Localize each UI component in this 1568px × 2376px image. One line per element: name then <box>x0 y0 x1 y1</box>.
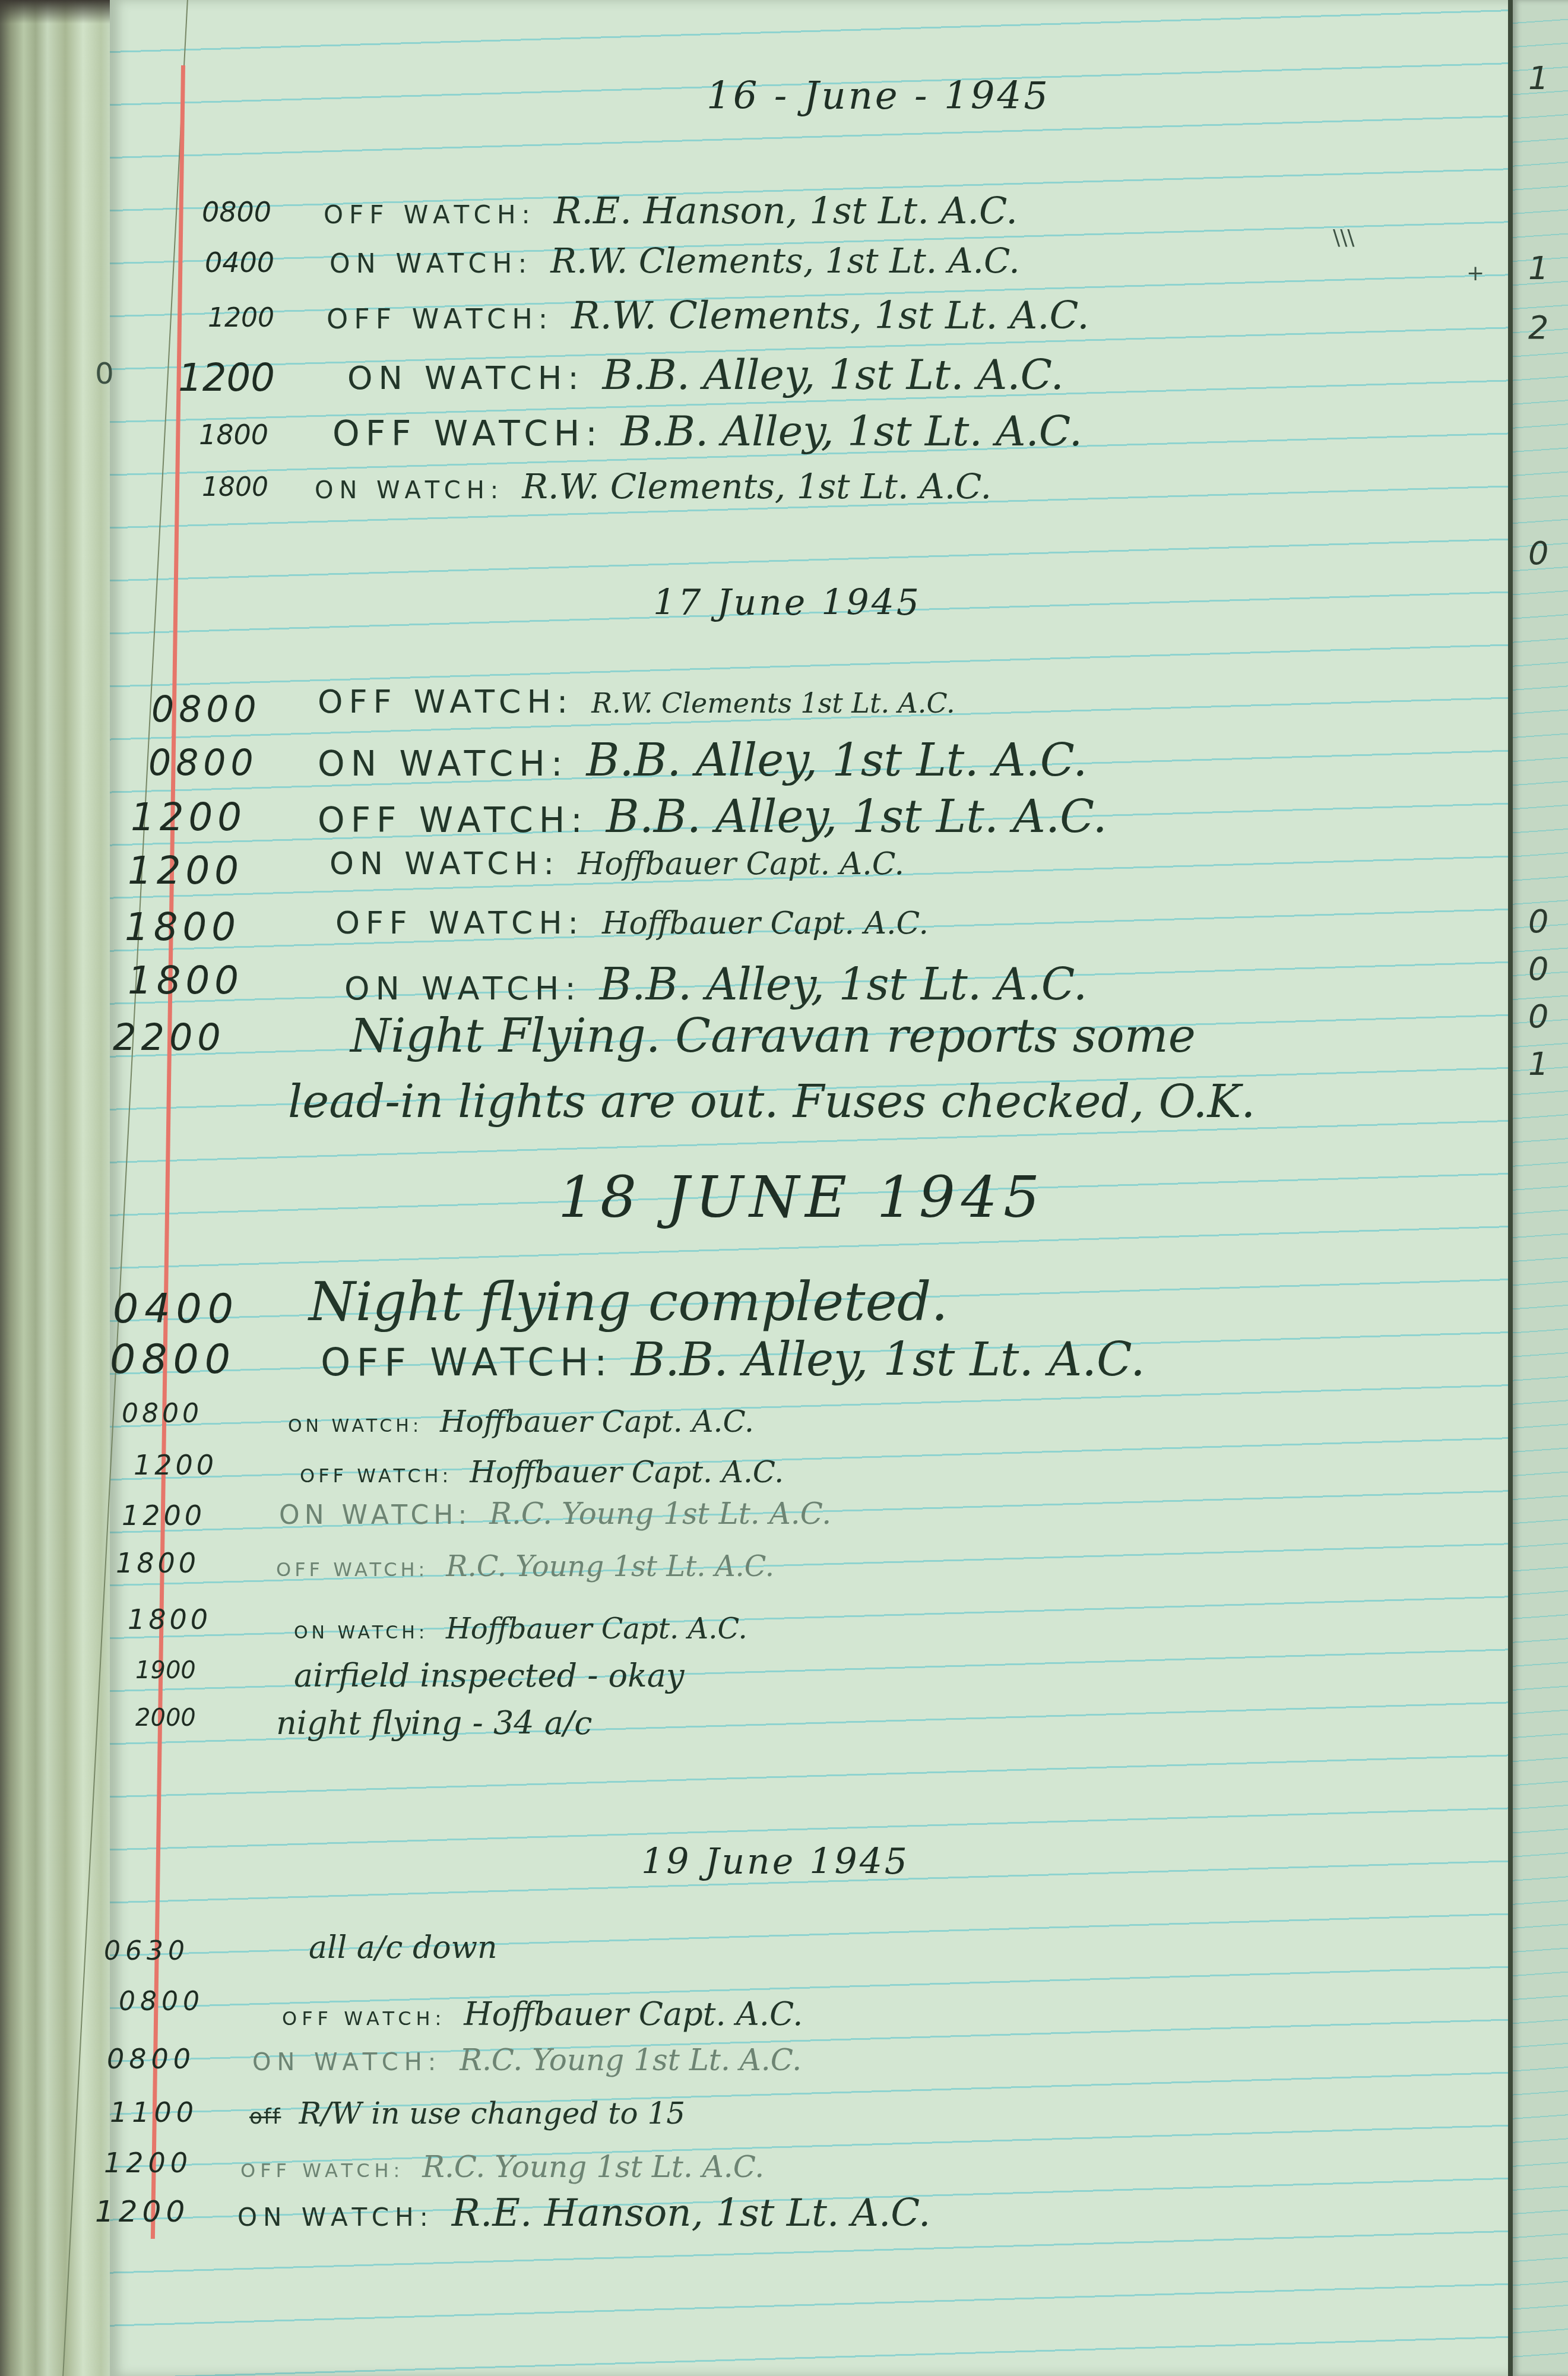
date-heading-19-june: 19 June 1945 <box>641 1841 910 1883</box>
date-heading-17-june: 17 June 1945 <box>653 582 921 624</box>
entry-label: ON WATCH: <box>330 249 533 279</box>
date-heading-16-june: 16 - June - 1945 <box>707 74 1050 118</box>
entry-time: 2000 <box>135 1704 196 1732</box>
date-heading-18-june: 18 JUNE 1945 <box>558 1164 1046 1230</box>
entry-time: 0400 <box>205 246 274 279</box>
entry-time: 1100 <box>110 2096 198 2128</box>
entry-time: 0630 <box>104 1936 189 1966</box>
log-entry: OFF WATCH: R.C. Young 1st Lt. A.C. <box>240 2150 764 2184</box>
entry-label: OFF WATCH: <box>276 1558 428 1581</box>
top-right-mark: + <box>1466 261 1484 286</box>
log-entry: ON WATCH: R.C. Young 1st Lt. A.C. <box>279 1497 831 1531</box>
entry-time: 1200 <box>208 303 274 333</box>
entry-note: Night Flying. Caravan reports some <box>350 1010 1196 1063</box>
log-entry: ON WATCH: Hoffbauer Capt. A.C. <box>330 846 904 882</box>
entry-note: all a/c down <box>309 1930 498 1966</box>
entry-label: OFF WATCH: <box>282 2007 446 2030</box>
entry-time: 0800 <box>107 2043 195 2075</box>
adjacent-page-fragment: 1 <box>1528 59 1548 97</box>
binding-shadow <box>0 0 110 24</box>
entry-signature: R.C. Young 1st Lt. A.C. <box>460 2043 802 2077</box>
log-entry: Night flying completed. <box>309 1271 948 1333</box>
entry-time: 1200 <box>128 849 243 893</box>
entry-label: off <box>249 2105 281 2129</box>
log-entry: ON WATCH: Hoffbauer Capt. A.C. <box>288 1404 754 1439</box>
log-entry: ON WATCH: B.B. Alley, 1st Lt. A.C. <box>318 733 1087 786</box>
adjacent-page-fragment: 1 <box>1528 249 1548 287</box>
entry-time: 1200 <box>122 1499 205 1532</box>
log-entry: OFF WATCH: R.E. Hanson, 1st Lt. A.C. <box>324 189 1018 232</box>
entry-signature: Hoffbauer Capt. A.C. <box>578 846 904 882</box>
entry-signature: R.E. Hanson, 1st Lt. A.C. <box>452 2191 931 2235</box>
log-entry: Night Flying. Caravan reports some <box>350 1010 1196 1063</box>
entry-time: 0800 <box>148 742 258 784</box>
entry-label: OFF WATCH: <box>240 2159 404 2182</box>
entry-label: ON WATCH: <box>318 744 569 784</box>
adjacent-page-fragment: 0 <box>1528 534 1548 572</box>
log-entry: ON WATCH: R.E. Hanson, 1st Lt. A.C. <box>237 2191 930 2235</box>
entry-label: ON WATCH: <box>279 1500 471 1530</box>
log-entry: ON WATCH: R.C. Young 1st Lt. A.C. <box>252 2043 802 2077</box>
log-entry: OFF WATCH: R.W. Clements, 1st Lt. A.C. <box>327 294 1089 338</box>
entry-label: OFF WATCH: <box>318 683 574 720</box>
entry-label: ON WATCH: <box>330 846 560 882</box>
adjacent-page-fragment: 0 <box>1528 998 1548 1035</box>
log-entry: ON WATCH: B.B. Alley, 1st Lt. A.C. <box>344 959 1087 1010</box>
entry-signature: B.B. Alley, 1st Lt. A.C. <box>587 733 1088 786</box>
entry-signature: Hoffbauer Capt. A.C. <box>470 1455 784 1489</box>
adjacent-page: 1 1 2 0 0 0 0 1 <box>1508 0 1568 2376</box>
entry-note: R/W in use changed to 15 <box>299 2096 685 2131</box>
entry-label: ON WATCH: <box>237 2203 434 2232</box>
entry-signature: Hoffbauer Capt. A.C. <box>602 906 929 941</box>
entry-time: 0800 <box>202 196 309 228</box>
entry-signature: R.E. Hanson, 1st Lt. A.C. <box>554 189 1018 232</box>
log-entry: OFF WATCH: B.B. Alley, 1st Lt. A.C. <box>318 790 1107 843</box>
entry-time: 1800 <box>202 472 268 502</box>
adjacent-page-fragment: 0 <box>1528 950 1548 988</box>
entry-time: 1800 <box>116 1547 199 1579</box>
adjacent-page-fragment: 1 <box>1528 1045 1548 1083</box>
entry-label: ON WATCH: <box>315 477 504 504</box>
top-right-mark: \\\ <box>1333 226 1354 250</box>
entry-signature: B.B. Alley, 1st Lt. A.C. <box>600 959 1088 1010</box>
entry-signature: B.B. Alley, 1st Lt. A.C. <box>606 790 1107 843</box>
entry-time: 1800 <box>199 419 268 451</box>
entry-signature: R.W. Clements, 1st Lt. A.C. <box>571 294 1089 338</box>
entry-label: ON WATCH: <box>344 970 582 1007</box>
entry-time: 0800 <box>119 1986 204 2017</box>
entry-label: ON WATCH: <box>252 2049 442 2076</box>
log-entry: OFF WATCH: Hoffbauer Capt. A.C. <box>335 906 929 941</box>
entry-note: night flying - 34 a/c <box>276 1704 593 1742</box>
entry-label: OFF WATCH: <box>335 906 584 941</box>
entry-label: OFF WATCH: <box>300 1464 452 1487</box>
log-entry: night flying - 34 a/c <box>276 1704 593 1742</box>
entry-label: ON WATCH: <box>288 1416 422 1437</box>
entry-time: 1200 <box>134 1449 217 1481</box>
entry-signature: R.C. Young 1st Lt. A.C. <box>422 2150 764 2184</box>
log-entry: OFF WATCH: R.W. Clements 1st Lt. A.C. <box>318 683 955 720</box>
entry-time: 1800 <box>128 959 243 1003</box>
log-entry: ON WATCH: B.B. Alley, 1st Lt. A.C. <box>347 350 1064 399</box>
entry-time: 1800 <box>125 906 240 950</box>
entry-time: 2200 <box>113 1015 226 1059</box>
log-entry-continuation: lead-in lights are out. Fuses checked, O… <box>288 1075 1255 1128</box>
entry-label: ON WATCH: <box>294 1622 428 1643</box>
entry-note: airfield inspected - okay <box>294 1657 685 1694</box>
entry-label: ON WATCH: <box>347 359 585 397</box>
log-entry: OFF WATCH: Hoffbauer Capt. A.C. <box>282 1995 803 2033</box>
log-entry: airfield inspected - okay <box>294 1657 685 1694</box>
entry-time: 1200 <box>131 796 246 840</box>
entry-signature: Hoffbauer Capt. A.C. <box>464 1995 803 2033</box>
entry-label: OFF WATCH: <box>318 800 588 840</box>
entry-signature: R.W. Clements, 1st Lt. A.C. <box>550 241 1020 281</box>
log-entry: OFF WATCH: Hoffbauer Capt. A.C. <box>300 1455 784 1489</box>
entry-time: 0800 <box>110 1336 236 1383</box>
entry-signature: B.B. Alley, 1st Lt. A.C. <box>603 350 1064 399</box>
left-margin-mark: 0 <box>95 356 114 391</box>
log-entry: ON WATCH: Hoffbauer Capt. A.C. <box>294 1612 747 1646</box>
entry-label: OFF WATCH: <box>324 200 536 229</box>
entry-time: 1200 <box>104 2147 192 2179</box>
entry-time: 0800 <box>122 1399 202 1429</box>
log-entry: ON WATCH: R.W. Clements, 1st Lt. A.C. <box>330 241 1020 281</box>
entry-signature: R.W. Clements, 1st Lt. A.C. <box>522 466 992 507</box>
log-entry: OFF WATCH: B.B. Alley, 1st Lt. A.C. <box>332 407 1082 455</box>
entry-time: 1900 <box>135 1657 196 1684</box>
entry-signature: Hoffbauer Capt. A.C. <box>440 1404 754 1439</box>
entry-signature: R.W. Clements 1st Lt. A.C. <box>591 687 955 719</box>
entry-label: OFF WATCH: <box>327 303 553 335</box>
entry-time: 1200 <box>178 356 275 400</box>
log-entry: off R/W in use changed to 15 <box>249 2096 685 2131</box>
entry-signature: B.B. Alley, 1st Lt. A.C. <box>621 407 1082 455</box>
log-entry: ON WATCH: R.W. Clements, 1st Lt. A.C. <box>315 466 992 507</box>
book-edge-pages <box>0 0 110 2376</box>
log-entry: OFF WATCH: B.B. Alley, 1st Lt. A.C. <box>321 1333 1145 1387</box>
entry-signature: Hoffbauer Capt. A.C. <box>446 1612 747 1646</box>
log-entry: all a/c down <box>309 1930 498 1966</box>
adjacent-page-fragment: 0 <box>1528 903 1548 940</box>
entry-note: Night flying completed. <box>309 1271 948 1333</box>
entry-time: 1200 <box>95 2194 189 2229</box>
log-entry: OFF WATCH: R.C. Young 1st Lt. A.C. <box>276 1550 774 1583</box>
entry-note-continuation: lead-in lights are out. Fuses checked, O… <box>288 1075 1255 1128</box>
entry-time: 1800 <box>128 1603 211 1635</box>
entry-signature: R.C. Young 1st Lt. A.C. <box>446 1550 774 1583</box>
adjacent-page-fragment: 2 <box>1528 309 1548 346</box>
entry-signature: B.B. Alley, 1st Lt. A.C. <box>631 1333 1145 1387</box>
entry-signature: R.C. Young 1st Lt. A.C. <box>489 1497 831 1531</box>
entry-label: OFF WATCH: <box>321 1341 613 1385</box>
entry-label: OFF WATCH: <box>332 413 603 454</box>
entry-time: 0800 <box>151 689 261 730</box>
entry-time: 0400 <box>113 1286 239 1333</box>
